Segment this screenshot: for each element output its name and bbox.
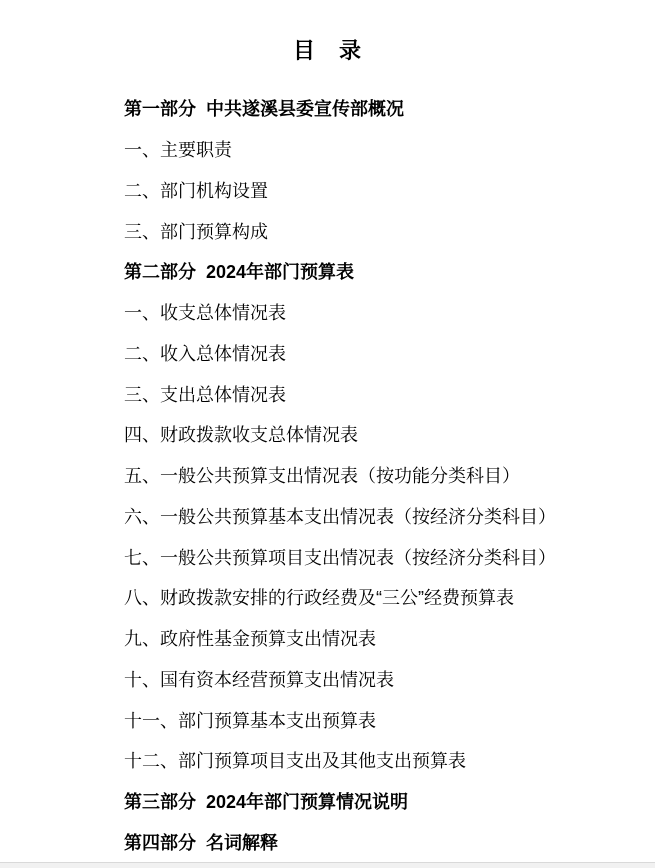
toc-section-heading: 第一部分 中共遂溪县委宣传部概况 <box>124 88 635 129</box>
toc-item: 二、收入总体情况表 <box>124 333 635 374</box>
toc-item: 二、部门机构设置 <box>124 170 635 211</box>
toc-item: 十二、部门预算项目支出及其他支出预算表 <box>124 740 635 781</box>
toc-item: 五、一般公共预算支出情况表（按功能分类科目） <box>124 455 635 496</box>
table-of-contents: 第一部分 中共遂溪县委宣传部概况 一、主要职责 二、部门机构设置 三、部门预算构… <box>0 88 655 862</box>
toc-item: 六、一般公共预算基本支出情况表（按经济分类科目） <box>124 496 635 537</box>
toc-item: 十一、部门预算基本支出预算表 <box>124 699 635 740</box>
toc-item: 十、国有资本经营预算支出情况表 <box>124 659 635 700</box>
toc-item: 八、财政拨款安排的行政经费及“三公”经费预算表 <box>124 577 635 618</box>
toc-item: 一、收支总体情况表 <box>124 292 635 333</box>
page-bottom-edge <box>0 862 655 868</box>
toc-item: 三、部门预算构成 <box>124 210 635 251</box>
toc-section-heading: 第四部分 名词解释 <box>124 822 635 863</box>
document-page: 目 录 第一部分 中共遂溪县委宣传部概况 一、主要职责 二、部门机构设置 三、部… <box>0 0 655 868</box>
toc-section-heading: 第三部分 2024年部门预算情况说明 <box>124 781 635 822</box>
toc-item: 九、政府性基金预算支出情况表 <box>124 618 635 659</box>
toc-item: 四、财政拨款收支总体情况表 <box>124 414 635 455</box>
toc-item: 三、支出总体情况表 <box>124 373 635 414</box>
toc-item: 一、主要职责 <box>124 129 635 170</box>
page-title: 目 录 <box>0 36 655 66</box>
toc-section-heading: 第二部分 2024年部门预算表 <box>124 251 635 292</box>
toc-item: 七、一般公共预算项目支出情况表（按经济分类科目） <box>124 536 635 577</box>
